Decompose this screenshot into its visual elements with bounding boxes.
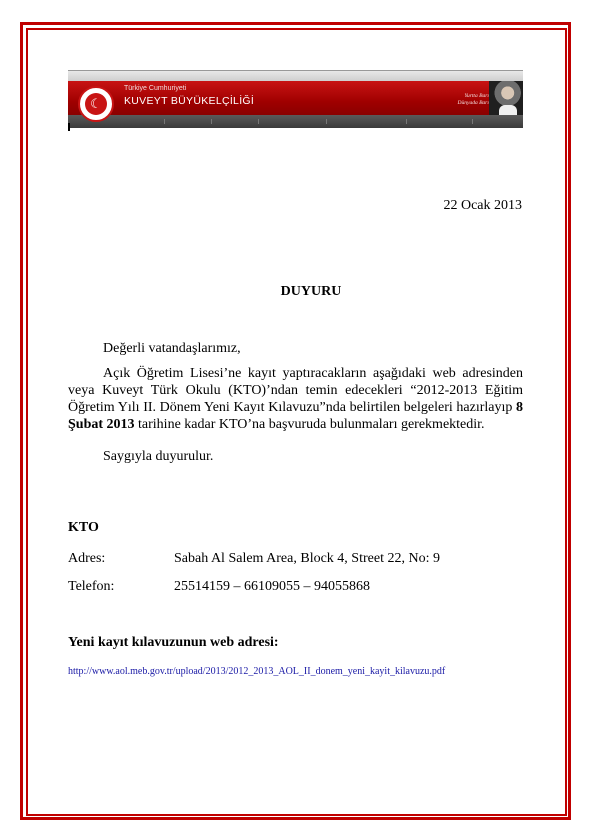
banner-subtitle: Türkiye Cumhuriyeti xyxy=(124,85,186,92)
paragraph-text-2: tarihine kadar KTO’na başvuruda bulunmal… xyxy=(135,417,485,432)
announcement-paragraph: Açık Öğretim Lisesi’ne kayıt yaptıracakl… xyxy=(68,365,523,433)
banner-navbar xyxy=(68,115,523,128)
paragraph-text-1: Açık Öğretim Lisesi’ne kayıt yaptıracakl… xyxy=(68,366,523,415)
banner-silver-strip xyxy=(68,71,523,81)
document-date: 22 Ocak 2013 xyxy=(443,197,522,214)
navbar-separator xyxy=(326,119,327,124)
guide-url-link[interactable]: http://www.aol.meb.gov.tr/upload/2013/20… xyxy=(68,666,445,677)
banner-title: KUVEYT BÜYÜKELÇİLİĞİ xyxy=(124,95,254,107)
crescent-icon: ☾ xyxy=(85,93,107,115)
embassy-header-banner: ☾ Türkiye Cumhuriyeti KUVEYT BÜYÜKELÇİLİ… xyxy=(68,70,523,130)
phone-value: 25514159 – 66109055 – 94055868 xyxy=(174,578,370,595)
greeting: Değerli vatandaşlarımız, xyxy=(103,340,241,357)
closing-line: Saygıyla duyurulur. xyxy=(103,448,213,465)
crescent-star-seal-icon: ☾ xyxy=(78,86,114,122)
banner-left-mark xyxy=(68,123,70,131)
navbar-separator xyxy=(164,119,165,124)
document-heading: DUYURU xyxy=(0,283,590,300)
phone-label: Telefon: xyxy=(68,578,114,595)
address-value: Sabah Al Salem Area, Block 4, Street 22,… xyxy=(174,550,440,567)
banner-motto: Yurtta Barış Dünyada Barış xyxy=(458,93,491,107)
navbar-separator xyxy=(211,119,212,124)
address-label: Adres: xyxy=(68,550,105,567)
navbar-separator xyxy=(472,119,473,124)
guide-heading: Yeni kayıt kılavuzunun web adresi: xyxy=(68,634,279,651)
contact-org: KTO xyxy=(68,519,99,536)
motto-line-1: Yurtta Barış xyxy=(458,93,491,100)
motto-line-2: Dünyada Barış xyxy=(458,100,491,107)
navbar-separator xyxy=(258,119,259,124)
navbar-separator xyxy=(406,119,407,124)
portrait-image xyxy=(489,81,523,115)
